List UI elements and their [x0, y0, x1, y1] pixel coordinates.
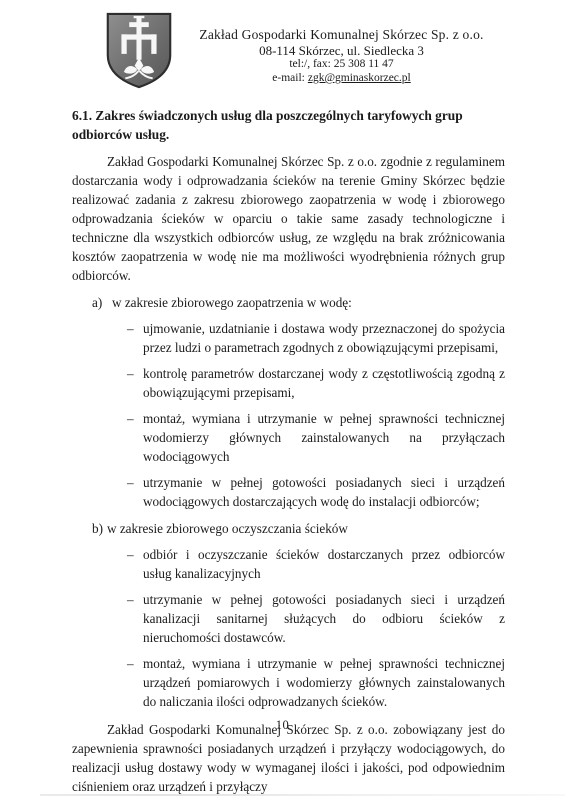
organization-phone: tel:/, fax: 25 308 11 47: [178, 58, 505, 71]
list-item: – montaż, wymiana i utrzymanie w pełnej …: [127, 409, 505, 466]
email-label: e-mail:: [272, 72, 305, 84]
section-a-title: w zakresie zbiorowego zaopatrzenia w wod…: [112, 295, 352, 310]
organization-address: 08-114 Skórzec, ul. Siedlecka 3: [178, 43, 505, 58]
dash-marker: –: [127, 364, 134, 383]
list-item: – odbiór i oczyszczanie ścieków dostarcz…: [127, 545, 505, 583]
letterhead-contact-block: Zakład Gospodarki Komunalnej Skórzec Sp.…: [178, 10, 505, 86]
dash-marker: –: [127, 654, 134, 673]
dash-marker: –: [127, 473, 134, 492]
list-item-text: montaż, wymiana i utrzymanie w pełnej sp…: [143, 411, 505, 464]
page-number: 10: [0, 718, 565, 733]
list-item: – ujmowanie, uzdatnianie i dostawa wody …: [127, 319, 505, 357]
skorzec-coat-of-arms-icon: [100, 10, 178, 90]
section-a-label: a): [92, 293, 112, 312]
dash-marker: –: [127, 319, 134, 338]
list-item-text: ujmowanie, uzdatnianie i dostawa wody pr…: [143, 321, 505, 355]
organization-email-line: e-mail:zgk@gminaskorzec.pl: [178, 71, 505, 86]
document-page: Zakład Gospodarki Komunalnej Skórzec Sp.…: [0, 0, 565, 800]
list-item-text: kontrolę parametrów dostarczanej wody z …: [143, 366, 505, 400]
letterhead: Zakład Gospodarki Komunalnej Skórzec Sp.…: [100, 10, 505, 90]
section-heading: 6.1. Zakres świadczonych usług dla poszc…: [72, 106, 505, 144]
list-section-a: a)w zakresie zbiorowego zaopatrzenia w w…: [72, 293, 505, 312]
list-item: – kontrolę parametrów dostarczanej wody …: [127, 364, 505, 402]
list-item-text: odbiór i oczyszczanie ścieków dostarczan…: [143, 547, 505, 581]
list-section-b: b)w zakresie zbiorowego oczyszczania ści…: [72, 519, 505, 538]
list-item: – utrzymanie w pełnej gotowości posiadan…: [127, 473, 505, 511]
section-b-title: w zakresie zbiorowego oczyszczania ściek…: [107, 521, 348, 536]
dash-marker: –: [127, 545, 134, 564]
list-item: – utrzymanie w pełnej gotowości posiadan…: [127, 590, 505, 647]
list-item-text: utrzymanie w pełnej gotowości posiadanyc…: [143, 475, 505, 509]
scan-edge-artifact: [40, 794, 565, 796]
list-item: – montaż, wymiana i utrzymanie w pełnej …: [127, 654, 505, 711]
dash-marker: –: [127, 590, 134, 609]
list-item-text: utrzymanie w pełnej gotowości posiadanyc…: [143, 592, 505, 645]
dash-marker: –: [127, 409, 134, 428]
organization-name: Zakład Gospodarki Komunalnej Skórzec Sp.…: [178, 26, 505, 43]
email-link[interactable]: zgk@gminaskorzec.pl: [308, 72, 411, 84]
list-item-text: montaż, wymiana i utrzymanie w pełnej sp…: [143, 656, 505, 709]
section-b-label: b): [92, 519, 107, 538]
paragraph-intro: Zakład Gospodarki Komunalnej Skórzec Sp.…: [72, 152, 505, 285]
